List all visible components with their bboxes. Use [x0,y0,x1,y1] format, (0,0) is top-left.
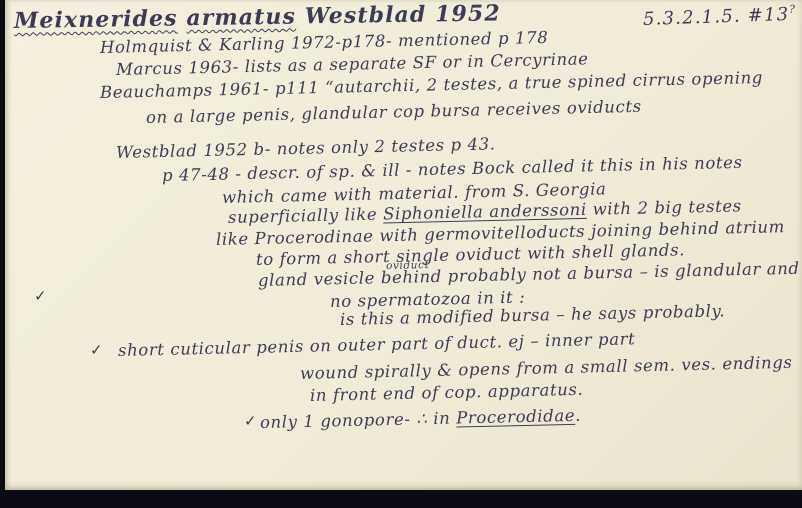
text-segment: Meixnerides [14,5,178,34]
text-segment: Procerodidae [456,406,575,428]
text-segment: ✓ [34,287,48,305]
checkmark: ✓ [244,412,258,430]
text-segment: ✓ [244,412,258,430]
text-segment: ✓ [90,341,104,359]
checkmark: ✓ [34,287,48,305]
text-segment: armatus [186,4,296,32]
text-segment: superficially like [228,204,384,227]
checkmark: ✓ [90,341,104,359]
text-segment: Westblad 1952 [296,0,501,29]
text-segment: . [575,406,581,425]
text-segment: with 2 big testes [587,196,742,219]
catalog-number-superscript: ? [789,3,797,16]
